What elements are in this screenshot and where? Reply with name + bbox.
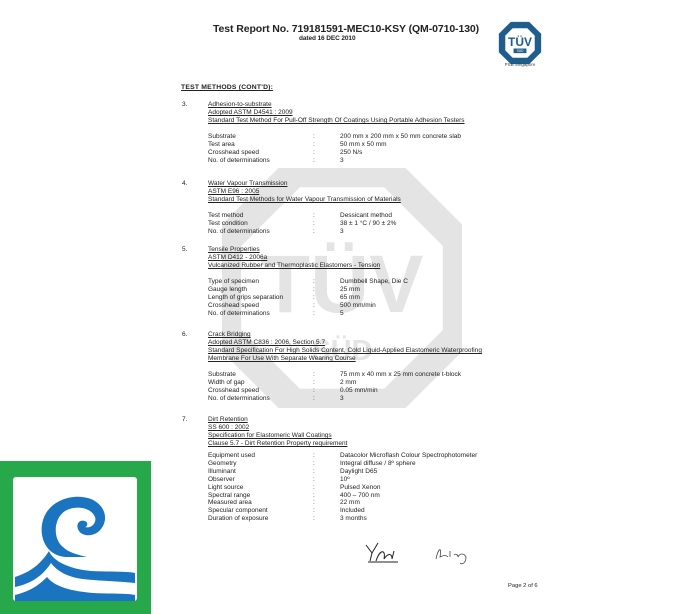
method-title: Crack Bridging — [208, 331, 251, 338]
method-description: Standard Specification For High Solids C… — [208, 347, 482, 354]
param-label: Light source — [208, 484, 243, 491]
page-number: Page 2 of 6 — [508, 583, 538, 589]
param-separator: : — [313, 302, 315, 309]
svg-text:TÜV: TÜV — [508, 34, 532, 49]
param-separator: : — [313, 460, 315, 467]
param-label: No. of determinations — [208, 228, 270, 235]
param-value: Daylight D65 — [340, 468, 377, 475]
report-title: Test Report No. 719181591-MEC10-KSY (QM-… — [213, 23, 479, 35]
param-value: Integral diffuse / 8º sphere — [340, 460, 416, 467]
param-value: Pulsed Xenon — [340, 484, 380, 491]
item-number: 7. — [182, 416, 187, 423]
param-label: Length of grips separation — [208, 294, 283, 301]
param-value: 400 – 700 nm — [340, 492, 380, 499]
item-number: 6. — [182, 331, 187, 338]
param-label: Observer — [208, 476, 235, 483]
param-value: Included — [340, 507, 365, 514]
param-label: Duration of exposure — [208, 515, 268, 522]
method-description: Vulcanized Rubber and Thermoplastic Elas… — [208, 262, 380, 269]
report-date: dated 16 DEC 2010 — [299, 35, 355, 42]
param-value: Datacolor Microflash Colour Spectrophoto… — [340, 452, 477, 459]
param-value: 3 — [340, 157, 344, 164]
param-separator: : — [313, 278, 315, 285]
method-standard: Adopted ASTM C836 : 2006, Section 5.7 — [208, 339, 325, 346]
param-label: Gauge length — [208, 286, 247, 293]
method-standard: SS 600 : 2002 — [208, 424, 249, 431]
section-heading: TEST METHODS (CONT'D): — [181, 84, 273, 91]
param-value: 22 mm — [340, 499, 360, 506]
method-title: Dirt Retention — [208, 416, 248, 423]
param-value: 250 N/s — [340, 149, 362, 156]
method-standard: ASTM D412 - 2006a — [208, 254, 267, 261]
param-value: 3 — [340, 228, 344, 235]
param-value: 500 mm/min — [340, 302, 376, 309]
param-value: 3 — [340, 395, 344, 402]
param-value: 10º — [340, 476, 350, 483]
param-label: Equipment used — [208, 452, 255, 459]
param-label: Test method — [208, 212, 243, 219]
param-label: Specular component — [208, 507, 268, 514]
param-separator: : — [313, 499, 315, 506]
param-separator: : — [313, 220, 315, 227]
method-description: Membrane For Use With Separate Wearing C… — [208, 355, 356, 362]
param-separator: : — [313, 468, 315, 475]
param-value: 25 mm — [340, 286, 360, 293]
param-label: Width of gap — [208, 379, 245, 386]
param-label: Type of specimen — [208, 278, 259, 285]
param-value: 3 months — [340, 515, 367, 522]
param-label: Geometry — [208, 460, 237, 467]
param-separator: : — [313, 141, 315, 148]
item-number: 3. — [182, 101, 187, 108]
tuv-logo-icon: TÜV SÜD — [497, 20, 543, 66]
param-separator: : — [313, 294, 315, 301]
param-separator: : — [313, 286, 315, 293]
param-label: No. of determinations — [208, 310, 270, 317]
method-title: Water Vapour Transmission — [208, 180, 287, 187]
param-value: 0.05 mm/min — [340, 387, 378, 394]
param-label: Crosshead speed — [208, 149, 259, 156]
method-description: Specification for Elastomeric Wall Coati… — [208, 432, 332, 439]
param-separator: : — [313, 484, 315, 491]
param-separator: : — [313, 515, 315, 522]
param-label: Substrate — [208, 371, 236, 378]
param-label: Crosshead speed — [208, 302, 259, 309]
param-separator: : — [313, 212, 315, 219]
param-value: 2 mm — [340, 379, 356, 386]
method-description: Clause 5.7 - Dirt Retention Property req… — [208, 440, 347, 447]
method-title: Adhesion-to-substrate — [208, 101, 272, 108]
param-label: Illuminant — [208, 468, 236, 475]
svg-text:SÜD: SÜD — [517, 49, 524, 53]
param-separator: : — [313, 379, 315, 386]
param-label: Substrate — [208, 133, 236, 140]
param-value: Dumbbell Shape, Die C — [340, 278, 408, 285]
item-number: 5. — [182, 246, 187, 253]
param-label: No. of determinations — [208, 395, 270, 402]
method-title: Tensile Properties — [208, 246, 260, 253]
param-separator: : — [313, 476, 315, 483]
param-label: Crosshead speed — [208, 387, 259, 394]
param-separator: : — [313, 228, 315, 235]
param-separator: : — [313, 133, 315, 140]
param-value: 5 — [340, 310, 344, 317]
param-separator: : — [313, 157, 315, 164]
param-separator: : — [313, 149, 315, 156]
method-description: Standard Test Method For Pull-Off Streng… — [208, 117, 465, 124]
param-separator: : — [313, 492, 315, 499]
param-separator: : — [313, 507, 315, 514]
param-separator: : — [313, 395, 315, 402]
param-label: Spectral range — [208, 492, 250, 499]
param-label: No. of determinations — [208, 157, 270, 164]
report-page: Test Report No. 719181591-MEC10-KSY (QM-… — [0, 0, 699, 614]
param-separator: : — [313, 387, 315, 394]
method-description: Standard Test Methods for Water Vapour T… — [208, 196, 401, 203]
param-value: 38 ± 1 °C / 90 ± 2% — [340, 220, 396, 227]
param-value: 200 mm x 200 mm x 50 mm concrete slab — [340, 133, 461, 140]
param-value: 50 mm x 50 mm — [340, 141, 387, 148]
param-label: Test condition — [208, 220, 248, 227]
param-value: 75 mm x 40 mm x 25 mm concrete t-block — [340, 371, 461, 378]
param-separator: : — [313, 452, 315, 459]
param-label: Test area — [208, 141, 235, 148]
tuv-caption: PSB Singapore — [497, 62, 543, 67]
param-value: Dessicant method — [340, 212, 392, 219]
method-standard: Adopted ASTM D4541 : 2009 — [208, 109, 293, 116]
param-separator: : — [313, 310, 315, 317]
item-number: 4. — [182, 180, 187, 187]
param-separator: : — [313, 371, 315, 378]
signature-icon — [362, 539, 492, 567]
param-value: 65 mm — [340, 294, 360, 301]
param-label: Measured area — [208, 499, 252, 506]
method-standard: ASTM E96 : 2005 — [208, 188, 259, 195]
